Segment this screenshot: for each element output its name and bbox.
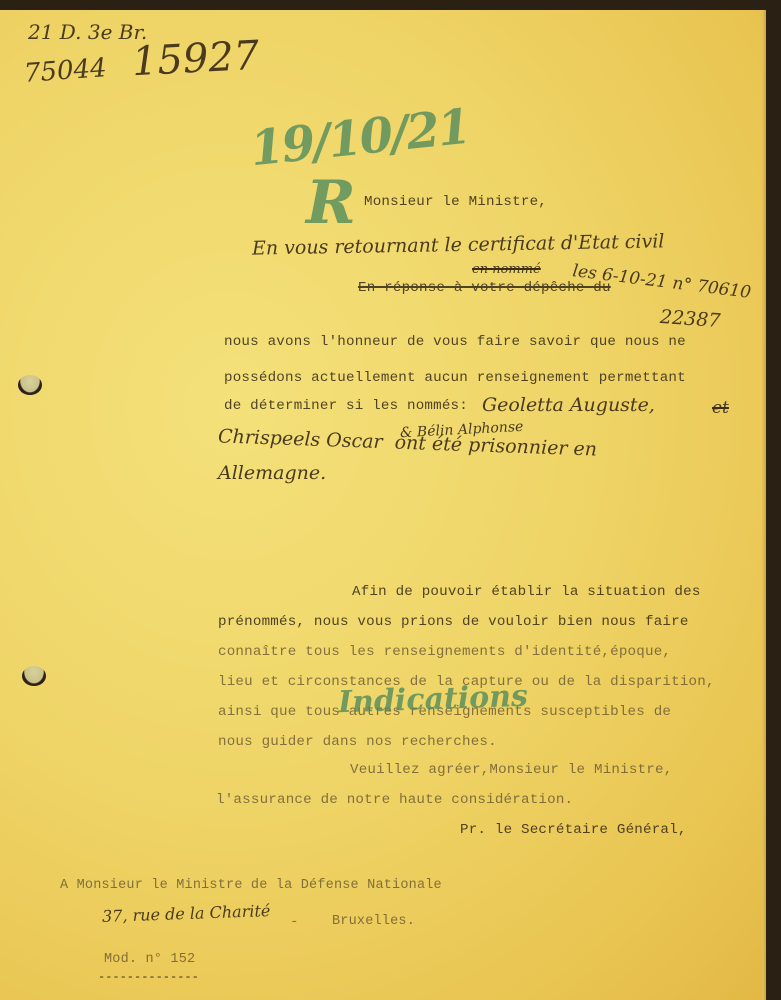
prisoner-name-1: Geoletta Auguste, [482,394,655,416]
form-model-underline: -------------- [98,970,199,984]
paragraph2-line6: nous guider dans nos recherches. [218,734,497,750]
handwritten-reference: les 6-10-21 n° 70610 [571,261,752,303]
paragraph1-line2: possédons actuellement aucun renseigneme… [224,370,686,386]
pencil-initial: R [306,168,356,238]
registry-mark-line2: 75044 [23,53,108,89]
punch-hole-bottom [22,666,46,686]
signature-line: Pr. le Secrétaire Général, [460,822,687,838]
registry-mark-line1: 21 D. 3e Br. [28,20,147,44]
paragraph2-line3: connaître tous les renseignements d'iden… [218,644,671,660]
paragraph2-line1: Afin de pouvoir établir la situation des [352,584,701,600]
closing-line1: Veuillez agréer,Monsieur le Ministre, [350,762,672,778]
addressee-line1: A Monsieur le Ministre de la Défense Nat… [60,878,442,893]
handwritten-line5: Allemagne. [218,462,326,484]
scanned-letter-page: 21 D. 3e Br. 75044 15927 19/10/21 R Mons… [0,10,766,1000]
addressee-street-handwritten: 37, rue de la Charité [102,901,271,926]
addressee-city: Bruxelles. [332,914,415,929]
addressee-separator: - [290,914,299,930]
typed-struck-opening: En réponse à votre dépêche du [358,280,611,296]
closing-line2: l'assurance de notre haute considération… [216,792,573,808]
paragraph1-line1: nous avons l'honneur de vous faire savoi… [224,334,686,350]
handwritten-reference-number: 22387 [659,306,721,332]
paragraph1-line3: de déterminer si les nommés: [224,398,468,414]
handwritten-struck-insert: en nommé [472,262,541,277]
salutation: Monsieur le Ministre, [364,194,547,210]
punch-hole-top [18,375,42,395]
registry-number: 15927 [131,33,260,86]
form-model-number: Mod. n° 152 [104,952,195,967]
struck-conjunction: et [712,398,729,418]
pencil-date-stamp: 19/10/21 [248,99,472,178]
pencil-indications-note: Indications [337,679,528,721]
paragraph2-line2: prénommés, nous vous prions de vouloir b… [218,614,689,630]
